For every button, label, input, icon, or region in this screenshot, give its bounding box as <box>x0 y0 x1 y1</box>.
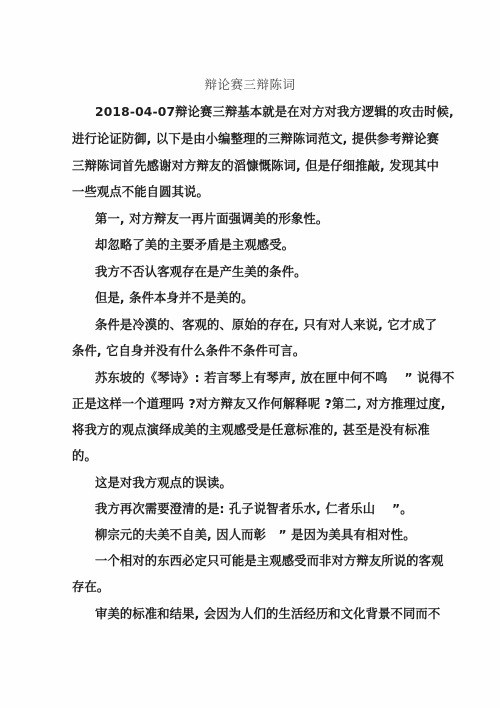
paragraph-line: 我方不否认客观存在是产生美的条件。 <box>95 264 307 280</box>
paragraph-line: 存在。 <box>72 579 109 595</box>
paragraph-line: 条件是冷漠的、客观的、原始的存在, 只有对人来说, 它才成了 <box>95 317 437 333</box>
paragraph-line: 一些观点不能自圆其说。 <box>72 184 209 200</box>
paragraph-line: 审美的标准和结果, 会因为人们的生活经历和文化背景不同而不 <box>95 606 440 622</box>
paragraph-line: 将我方的观点演绎成美的主观感受是任意标准的, 甚至是没有标准 <box>72 422 430 438</box>
paragraph-line: 的。 <box>72 448 97 464</box>
paragraph-line: 苏东坡的《琴诗》: 若言琴上有琴声, 放在匣中何不鸣 ” 说得不 <box>95 370 454 386</box>
document-page: 辩论赛三辩陈词 2018-04-07辩论赛三辩基本就是在对方对我方逻辑的攻击时候… <box>0 0 500 708</box>
paragraph-line: 这是对我方观点的误读。 <box>95 475 232 491</box>
paragraph-line: 第一, 对方辩友一再片面强调美的形象性。 <box>95 211 328 227</box>
paragraph-line: 柳宗元的夫美不自美, 因人而彰 ” 是因为美具有相对性。 <box>95 527 416 543</box>
paragraph-line: 进行论证防御, 以下是由小编整理的三辩陈词范文, 提供参考辩论赛 <box>72 131 439 147</box>
paragraph-line: 我方再次需要澄清的是: 孔子说智者乐水, 仁者乐山 ”。 <box>95 501 413 517</box>
paragraph-line: 但是, 条件本身并不是美的。 <box>95 290 254 306</box>
paragraph-line: 2018-04-07辩论赛三辩基本就是在对方对我方逻辑的攻击时候, <box>95 104 454 120</box>
paragraph-line: 却忽略了美的主要矛盾是主观感受。 <box>95 237 294 253</box>
paragraph-line: 正是这样一个道理吗 ?对方辩友又作何解释呢 ?第二, 对方推理过度, <box>72 396 446 412</box>
document-title: 辩论赛三辩陈词 <box>0 75 500 93</box>
paragraph-line: 三辩陈词首先感谢对方辩友的滔慷慨陈词, 但是仔细推敲, 发现其中 <box>72 158 439 174</box>
paragraph-line: 一个相对的东西必定只可能是主观感受而非对方辩友所说的客观 <box>95 553 444 569</box>
paragraph-line: 条件, 它自身并没有什么条件不条件可言。 <box>72 343 305 359</box>
